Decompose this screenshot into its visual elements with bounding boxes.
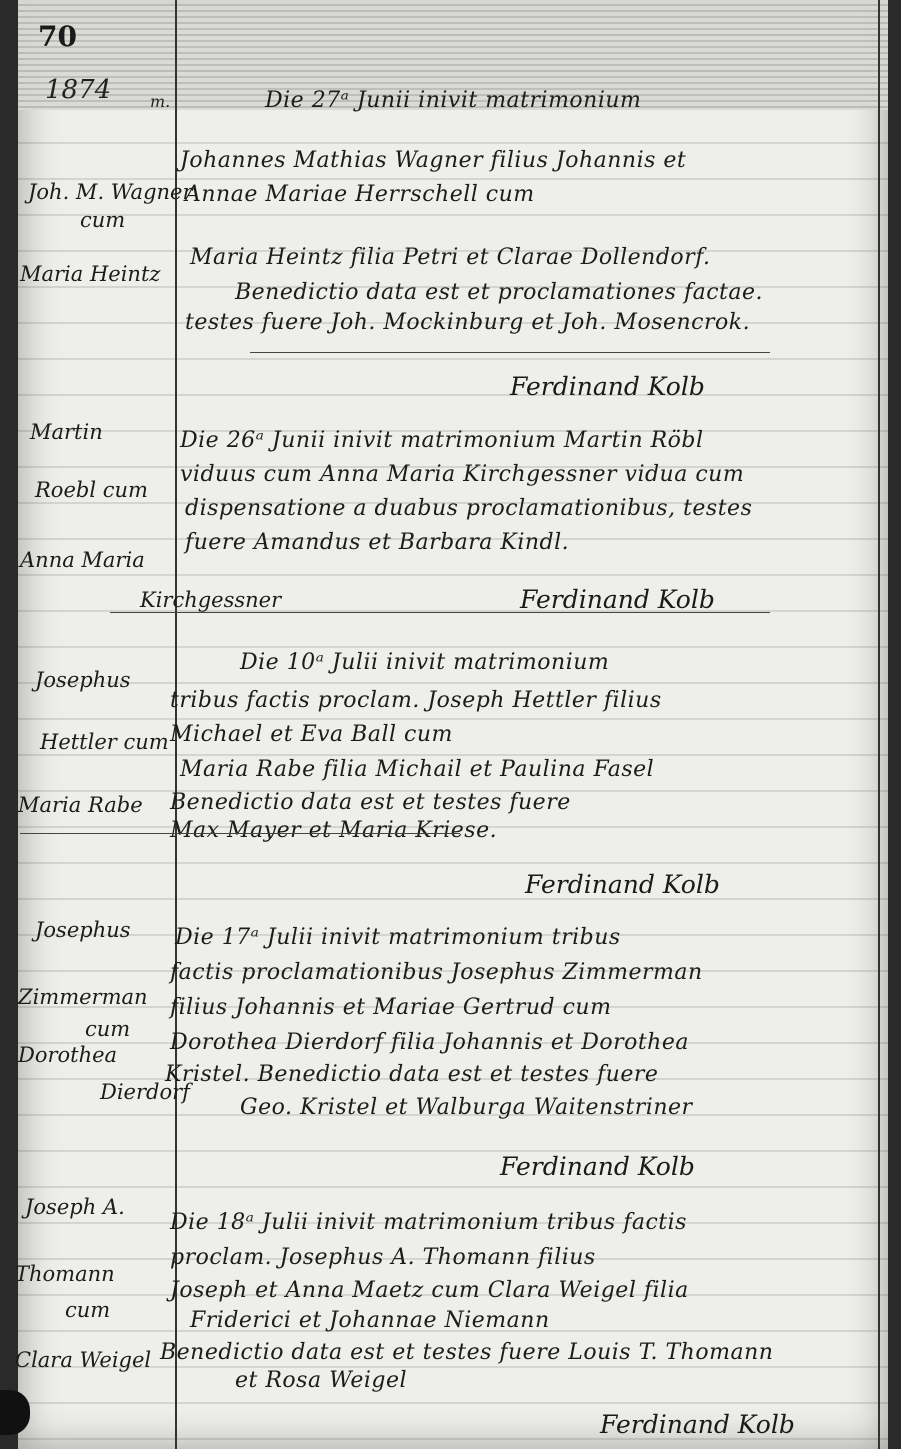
entry-line: proclam. Josephus A. Thomann filius — [170, 1245, 596, 1270]
margin-bride: Maria Heintz — [20, 262, 160, 286]
margin-groom: Martin — [30, 420, 103, 444]
entry-line: Benedictio data est et testes fuere — [170, 790, 571, 815]
entry-line: Die 27ᵃ Junii inivit matrimonium — [265, 88, 641, 113]
entry-line: Joseph et Anna Maetz cum Clara Weigel fi… — [170, 1278, 689, 1303]
margin-groom: Joh. M. Wagner — [28, 180, 193, 204]
entry-line: Die 10ᵃ Julii inivit matrimonium — [240, 650, 609, 675]
entry-line: factis proclamationibus Josephus Zimmerm… — [170, 960, 703, 985]
entry-line: et Rosa Weigel — [235, 1368, 407, 1393]
right-edge-rule — [878, 0, 880, 1449]
entry-line: Annae Mariae Herrschell cum — [185, 182, 535, 207]
entry-line: fuere Amandus et Barbara Kindl. — [185, 530, 569, 555]
margin-groom: Josephus — [35, 918, 131, 942]
entry-line: tribus factis proclam. Joseph Hettler fi… — [170, 688, 662, 713]
margin-groom: Josephus — [35, 668, 131, 692]
separator-line — [20, 833, 460, 834]
entry-line: Maria Rabe filia Michail et Paulina Fase… — [180, 757, 654, 782]
year-suffix: m. — [150, 92, 170, 111]
priest-signature: Ferdinand Kolb — [500, 1152, 695, 1181]
entry-line: filius Johannis et Mariae Gertrud cum — [170, 995, 611, 1020]
entry-line: Maria Heintz filia Petri et Clarae Dolle… — [190, 245, 711, 270]
margin-bride: Anna Maria — [20, 548, 145, 572]
margin-groom-surname: Thomann — [15, 1262, 115, 1286]
margin-bride: Maria Rabe — [18, 793, 143, 817]
entry-line: Die 26ᵃ Junii inivit matrimonium Martin … — [180, 428, 704, 453]
margin-cum: cum — [85, 1017, 130, 1041]
priest-signature: Ferdinand Kolb — [520, 585, 715, 614]
margin-groom-surname: Hettler cum — [40, 730, 169, 754]
entry-line: Max Mayer et Maria Kriese. — [170, 818, 497, 843]
entry-line: Die 18ᵃ Julii inivit matrimonium tribus … — [170, 1210, 687, 1235]
margin-cum: cum — [80, 208, 125, 232]
entry-line: dispensatione a duabus proclamationibus,… — [185, 496, 752, 521]
margin-bride-surname: Kirchgessner — [140, 588, 281, 612]
entry-line: viduus cum Anna Maria Kirchgessner vidua… — [180, 462, 744, 487]
separator-line — [250, 352, 770, 353]
entry-line: Friderici et Johannae Niemann — [190, 1308, 550, 1333]
priest-signature: Ferdinand Kolb — [525, 870, 720, 899]
margin-cum: cum — [65, 1298, 110, 1322]
entry-line: Johannes Mathias Wagner filius Johannis … — [180, 148, 686, 173]
entry-line: Dorothea Dierdorf filia Johannis et Doro… — [170, 1030, 689, 1055]
priest-signature: Ferdinand Kolb — [510, 372, 705, 401]
year: 1874 — [45, 75, 111, 105]
page-number: 70 — [38, 20, 77, 53]
priest-signature: Ferdinand Kolb — [600, 1410, 795, 1439]
entry-line: Michael et Eva Ball cum — [170, 722, 453, 747]
entry-line: Benedictio data est et proclamationes fa… — [235, 280, 763, 305]
margin-groom-surname: Zimmerman — [18, 985, 148, 1009]
entry-line: Benedictio data est et testes fuere Loui… — [160, 1340, 773, 1365]
margin-groom: Joseph A. — [25, 1195, 125, 1219]
margin-bride: Clara Weigel — [15, 1348, 151, 1372]
margin-bride: Dorothea — [18, 1043, 117, 1067]
entry-line: Geo. Kristel et Walburga Waitenstriner — [240, 1095, 693, 1120]
entry-line: Kristel. Benedictio data est et testes f… — [165, 1062, 658, 1087]
margin-groom-surname: Roebl cum — [35, 478, 148, 502]
entry-line: testes fuere Joh. Mockinburg et Joh. Mos… — [185, 310, 750, 335]
entry-line: Die 17ᵃ Julii inivit matrimonium tribus — [175, 925, 621, 950]
